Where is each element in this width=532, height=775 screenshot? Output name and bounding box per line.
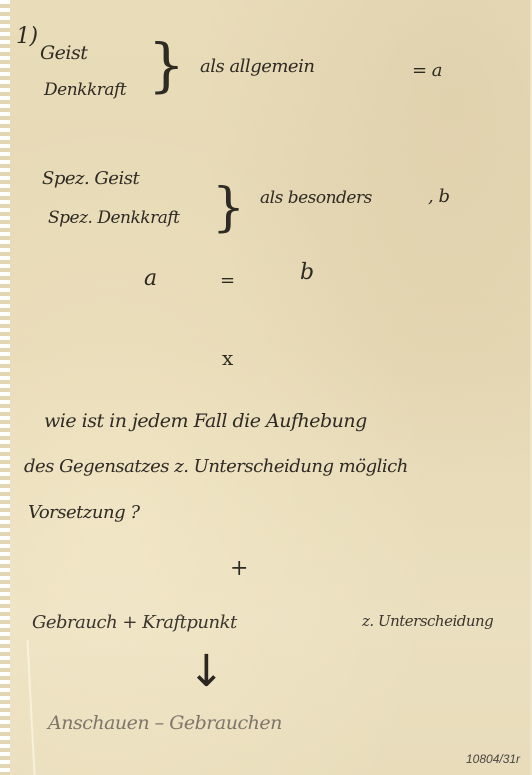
mark-plus: + — [230, 556, 248, 581]
group2-brace: } — [212, 182, 245, 234]
paragraph-line-1: wie ist in jedem Fall die Aufhebung — [44, 410, 367, 432]
group2-result: als besonders — [260, 188, 372, 208]
equation-b: b — [300, 260, 314, 285]
down-arrow-icon: ↓ — [188, 650, 225, 694]
group1-line1: Geist — [40, 42, 87, 64]
paper-fold — [26, 640, 35, 775]
formula-left: Gebrauch + Kraftpunkt — [32, 612, 237, 633]
final-line: Anschauen – Gebrauchen — [48, 712, 282, 734]
group1-result: als allgemein — [200, 56, 314, 77]
group2-line1: Spez. Geist — [42, 168, 139, 189]
paragraph-line-2: des Gegensatzes z. Unterscheidung möglic… — [24, 456, 408, 477]
group1-line2: Denkkraft — [44, 80, 126, 100]
group1-brace: } — [148, 36, 185, 94]
mark-x: x — [222, 346, 233, 370]
group2-line2: Spez. Denkkraft — [48, 208, 179, 228]
equation-equals: = — [220, 270, 235, 291]
group2-equals: , b — [428, 186, 449, 207]
paragraph-line-3: Vorsetzung ? — [28, 502, 139, 523]
catalog-number: 10804/31r — [466, 752, 520, 766]
formula-right: z. Unterscheidung — [362, 612, 493, 630]
manuscript-page: 1) Geist Denkkraft } als allgemein = a S… — [8, 0, 532, 775]
group1-equals: = a — [412, 60, 442, 81]
equation-a: a — [144, 266, 157, 291]
item-number: 1) — [16, 24, 38, 49]
